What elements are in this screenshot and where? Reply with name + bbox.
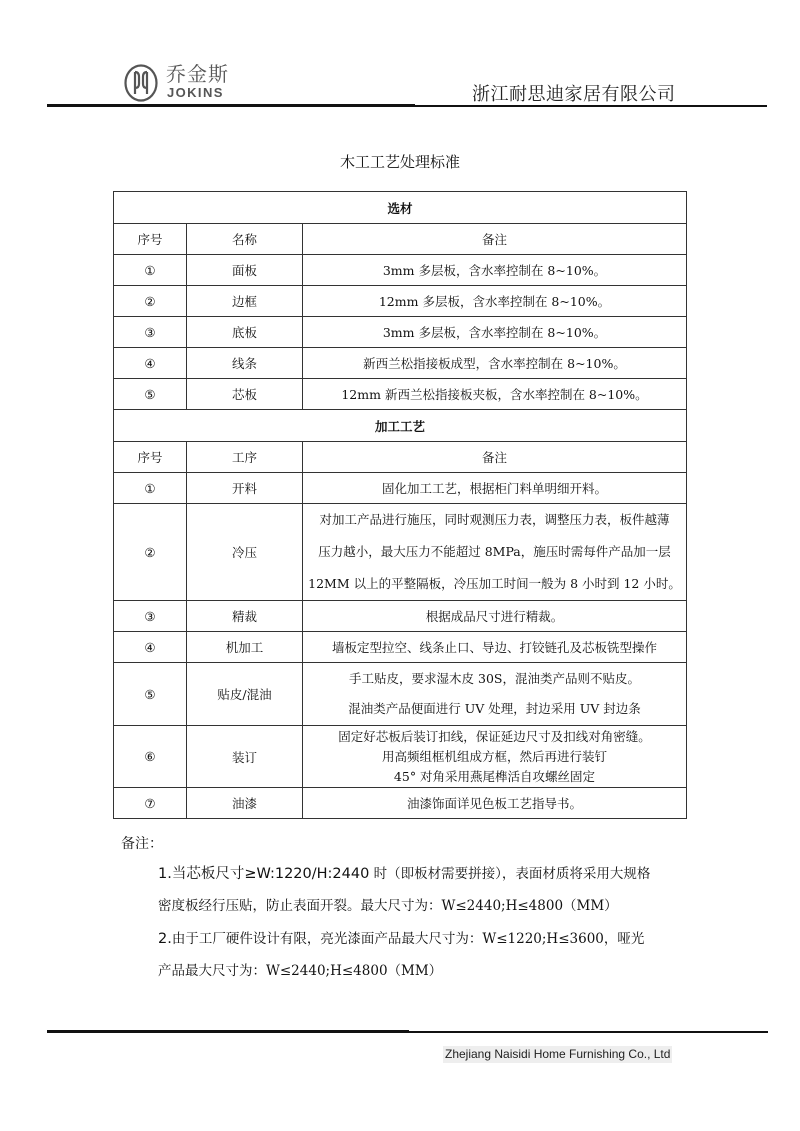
column-header: 备注 [303, 224, 687, 255]
row-name: 油漆 [187, 788, 303, 819]
note-item-1: 1.当芯板尺寸≥W:1220/H:2440 时（即板材需要拼接），表面材质将采用… [158, 858, 698, 922]
table-row: ⑥ 装订 固定好芯板后装订扣线，保证延边尺寸及扣线对角密缝。 用高频组框机组成方… [114, 726, 687, 788]
row-name: 面板 [187, 255, 303, 286]
document-title: 木工工艺处理标准 [0, 151, 800, 172]
row-number: ⑤ [114, 663, 187, 726]
company-name-cn: 浙江耐思迪家居有限公司 [472, 84, 676, 106]
table-row: ④ 线条 新西兰松指接板成型，含水率控制在 8~10%。 [114, 348, 687, 379]
table-row: ③ 底板 3mm 多层板，含水率控制在 8~10%。 [114, 317, 687, 348]
footer-divider [47, 1030, 409, 1033]
column-header: 序号 [114, 224, 187, 255]
column-header-row: 序号 工序 备注 [114, 442, 687, 473]
row-number: ⑥ [114, 726, 187, 788]
notes-label: 备注： [121, 833, 163, 853]
row-name: 边框 [187, 286, 303, 317]
row-name: 冷压 [187, 504, 303, 601]
footer-divider [409, 1031, 768, 1033]
header-divider [415, 105, 767, 107]
row-note: 固化加工工艺，根据柜门料单明细开料。 [303, 473, 687, 504]
table-row: ④ 机加工 墙板定型拉空、线条止口、导边、打铰链孔及芯板铣型操作 [114, 632, 687, 663]
row-name: 精裁 [187, 601, 303, 632]
row-note: 油漆饰面详见色板工艺指导书。 [303, 788, 687, 819]
section-title-process: 加工工艺 [114, 410, 687, 442]
column-header: 工序 [187, 442, 303, 473]
table-row: ⑤ 贴皮/混油 手工贴皮，要求湿木皮 30S，混油类产品则不贴皮。 混油类产品便… [114, 663, 687, 726]
row-name: 装订 [187, 726, 303, 788]
column-header: 序号 [114, 442, 187, 473]
row-number: ④ [114, 632, 187, 663]
section-title-material: 选材 [114, 192, 687, 224]
row-note: 3mm 多层板，含水率控制在 8~10%。 [303, 255, 687, 286]
logo-icon [124, 64, 158, 102]
row-number: ⑦ [114, 788, 187, 819]
row-number: ① [114, 473, 187, 504]
row-number: ② [114, 286, 187, 317]
table-row: ① 开料 固化加工工艺，根据柜门料单明细开料。 [114, 473, 687, 504]
row-number: ⑤ [114, 379, 187, 410]
row-number: ② [114, 504, 187, 601]
column-header-row: 序号 名称 备注 [114, 224, 687, 255]
table-row: ② 冷压 对加工产品进行施压，同时观测压力表，调整压力表，板件越薄 压力越小，最… [114, 504, 687, 601]
section-header-row: 选材 [114, 192, 687, 224]
row-name: 机加工 [187, 632, 303, 663]
table-row: ⑤ 芯板 12mm 新西兰松指接板夹板，含水率控制在 8~10%。 [114, 379, 687, 410]
table-row: ② 边框 12mm 多层板，含水率控制在 8~10%。 [114, 286, 687, 317]
company-name-en: Zhejiang Naisidi Home Furnishing Co., Lt… [443, 1046, 672, 1063]
note-line: 12MM 以上的平整隔板，冷压加工时间一般为 8 小时到 12 小时。 [307, 568, 682, 600]
section-header-row: 加工工艺 [114, 410, 687, 442]
row-name: 线条 [187, 348, 303, 379]
row-name: 贴皮/混油 [187, 663, 303, 726]
standards-table: 选材 序号 名称 备注 ① 面板 3mm 多层板，含水率控制在 8~10%。 ②… [113, 191, 687, 819]
row-note: 墙板定型拉空、线条止口、导边、打铰链孔及芯板铣型操作 [303, 632, 687, 663]
table-row: ⑦ 油漆 油漆饰面详见色板工艺指导书。 [114, 788, 687, 819]
row-note: 12mm 多层板，含水率控制在 8~10%。 [303, 286, 687, 317]
note-line: 45° 对角采用燕尾榫活自攻螺丝固定 [307, 767, 682, 787]
row-note: 对加工产品进行施压，同时观测压力表，调整压力表，板件越薄 压力越小，最大压力不能… [303, 504, 687, 601]
note-text: 时（即板材需要拼接），表面材质将采用大规格 [369, 866, 650, 882]
note-line: 对加工产品进行施压，同时观测压力表，调整压力表，板件越薄 [307, 504, 682, 536]
row-number: ④ [114, 348, 187, 379]
note-text: 密度板经行压贴，防止表面开裂。最大尺寸为：W≤2440;H≤4800（MM） [158, 890, 698, 922]
row-number: ③ [114, 317, 187, 348]
row-note: 新西兰松指接板成型，含水率控制在 8~10%。 [303, 348, 687, 379]
row-number: ① [114, 255, 187, 286]
row-name: 底板 [187, 317, 303, 348]
column-header: 名称 [187, 224, 303, 255]
row-number: ③ [114, 601, 187, 632]
table-row: ① 面板 3mm 多层板，含水率控制在 8~10%。 [114, 255, 687, 286]
note-line: 固定好芯板后装订扣线，保证延边尺寸及扣线对角密缝。 [307, 727, 682, 747]
row-name: 开料 [187, 473, 303, 504]
row-note: 固定好芯板后装订扣线，保证延边尺寸及扣线对角密缝。 用高频组框机组成方框，然后再… [303, 726, 687, 788]
logo-text-en: JOKINS [167, 86, 224, 100]
note-line: 手工贴皮，要求湿木皮 30S，混油类产品则不贴皮。 [307, 664, 682, 694]
header-divider [47, 104, 415, 107]
note-line: 用高频组框机组成方框，然后再进行装钉 [307, 747, 682, 767]
column-header: 备注 [303, 442, 687, 473]
note-lead: 2. [158, 931, 172, 947]
logo-text-cn: 乔金斯 [166, 63, 229, 85]
row-note: 根据成品尺寸进行精裁。 [303, 601, 687, 632]
note-text: 产品最大尺寸为：W≤2440;H≤4800（MM） [158, 955, 698, 987]
note-lead: 1.当芯板尺寸≥W:1220/H:2440 [158, 866, 369, 882]
row-name: 芯板 [187, 379, 303, 410]
note-item-2: 2.由于工厂硬件设计有限，亮光漆面产品最大尺寸为：W≤1220;H≤3600，哑… [158, 923, 698, 987]
row-note: 手工贴皮，要求湿木皮 30S，混油类产品则不贴皮。 混油类产品便面进行 UV 处… [303, 663, 687, 726]
note-text: 由于工厂硬件设计有限，亮光漆面产品最大尺寸为：W≤1220;H≤3600，哑光 [172, 931, 645, 947]
row-note: 3mm 多层板，含水率控制在 8~10%。 [303, 317, 687, 348]
table-row: ③ 精裁 根据成品尺寸进行精裁。 [114, 601, 687, 632]
row-note: 12mm 新西兰松指接板夹板，含水率控制在 8~10%。 [303, 379, 687, 410]
note-line: 压力越小，最大压力不能超过 8MPa，施压时需每件产品加一层 [307, 536, 682, 568]
note-line: 混油类产品便面进行 UV 处理，封边采用 UV 封边条 [307, 694, 682, 724]
